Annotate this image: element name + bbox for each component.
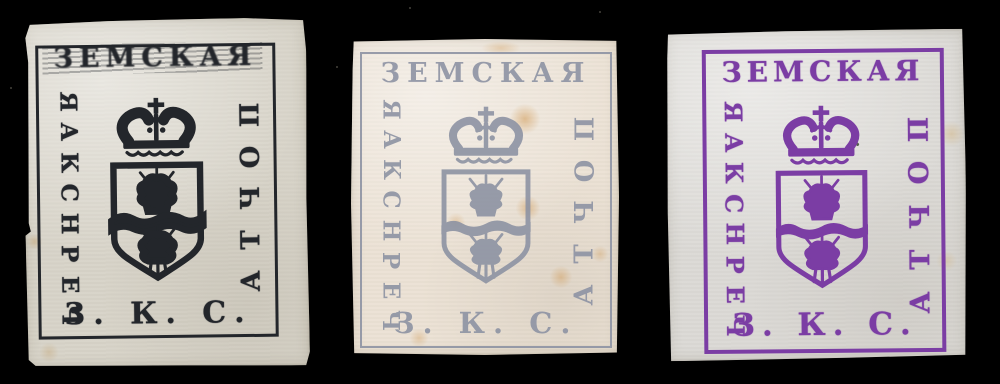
inscription-letter: С	[380, 191, 403, 209]
cross-icon	[148, 98, 165, 114]
inscription-letter: П	[572, 117, 598, 142]
inscription-letter: О	[572, 159, 598, 182]
inscription-letter: Т	[907, 249, 934, 269]
cross-icon	[813, 106, 830, 122]
inscription-letter: Н	[58, 212, 81, 234]
coat-of-arms-slot	[429, 104, 543, 296]
cross-icon	[478, 107, 494, 122]
inscription-letter: К	[722, 162, 746, 184]
inscription-letter: Ч	[572, 200, 598, 224]
inscription-letter: Я	[379, 99, 402, 119]
coat-of-arms	[763, 102, 881, 301]
coat-of-arms	[429, 104, 543, 296]
dust-speck	[409, 7, 411, 9]
coat-of-arms-slot	[98, 94, 216, 293]
inscription-letter: Ч	[907, 204, 934, 229]
stamp-denomination: З. К. С.	[362, 309, 610, 338]
stamp-frame: ЗЕМСКАЯ ЯАКСНРЕЧ ПОЧТА	[360, 52, 612, 348]
stamp-right-inscription: ПОЧТА	[568, 116, 602, 308]
stamp-left-inscription: ЯАКСНРЕЧ	[374, 98, 408, 332]
dust-speck	[599, 11, 601, 13]
inscription-letter: Т	[238, 230, 264, 250]
inscription-letter: Е	[380, 282, 403, 300]
stamp-right-inscription: ПОЧТА	[233, 102, 269, 294]
crown-icon	[453, 121, 519, 162]
inscription-letter: Я	[721, 101, 745, 122]
stamp-left-inscription: ЯАКСНРЕЧ	[716, 100, 752, 338]
sheaf-top-icon	[470, 175, 503, 216]
inscription-letter: К	[57, 152, 80, 173]
inscription-letter: Р	[379, 252, 402, 269]
dust-speck	[336, 66, 338, 68]
stamp-top-inscription: ЗЕМСКАЯ	[362, 60, 610, 87]
stamp-left-inscription: ЯАКСНРЕЧ	[51, 90, 88, 326]
sheaf-top-icon	[140, 169, 174, 212]
dust-speck	[10, 87, 12, 89]
crown-icon	[122, 112, 191, 155]
inscription-letter: Ч	[238, 186, 264, 210]
sheaf-top-icon	[805, 176, 839, 219]
coat-of-arms-slot	[763, 102, 881, 301]
crown-icon	[787, 120, 856, 163]
inscription-letter: А	[379, 130, 402, 149]
stamp-black-impression: ЗЕМСКАЯ ЯАКСНРЕЧ ПОЧТА	[23, 17, 310, 368]
inscription-letter: Н	[379, 219, 402, 241]
inscription-letter: А	[57, 123, 80, 142]
inscription-letter: П	[237, 103, 263, 128]
stamp-denomination: З. К. С.	[708, 309, 942, 342]
inscription-letter: Е	[723, 286, 747, 305]
inscription-letter: А	[572, 284, 598, 305]
inscription-letter: Р	[58, 245, 81, 263]
inscription-letter: С	[722, 194, 746, 213]
stamp-top-inscription: ЗЕМСКАЯ	[38, 43, 272, 73]
inscription-letter: Р	[723, 255, 747, 273]
inscription-letter: Я	[56, 91, 79, 112]
inscription-letter: С	[57, 184, 80, 203]
stamp-frame: ЗЕМСКАЯ ЯАКСНРЕЧ ПОЧТА	[35, 43, 279, 340]
inscription-letter: Н	[722, 223, 746, 246]
photo-of-three-zemstvo-stamps: ЗЕМСКАЯ ЯАКСНРЕЧ ПОЧТА	[0, 0, 1000, 384]
inscription-letter: Е	[59, 275, 82, 293]
inscription-letter: Т	[572, 244, 598, 263]
coat-of-arms	[98, 94, 216, 293]
inscription-letter: К	[380, 159, 403, 180]
stamp-top-inscription: ЗЕМСКАЯ	[706, 57, 940, 87]
stamp-frame: ЗЕМСКАЯ ЯАКСНРЕЧ ПОЧТА	[702, 48, 947, 354]
stamp-denomination: 3. К. С.	[41, 298, 275, 331]
stamp-right-inscription: ПОЧТА	[902, 116, 938, 316]
inscription-letter: О	[237, 145, 263, 168]
inscription-letter: П	[906, 117, 933, 143]
inscription-letter: О	[906, 161, 933, 185]
stamp-grey-impression: ЗЕМСКАЯ ЯАКСНРЕЧ ПОЧТА	[351, 39, 619, 355]
stamp-violet-impression: ЗЕМСКАЯ ЯАКСНРЕЧ ПОЧТА	[666, 29, 968, 362]
inscription-letter: А	[721, 132, 745, 152]
inscription-letter: А	[239, 270, 265, 292]
